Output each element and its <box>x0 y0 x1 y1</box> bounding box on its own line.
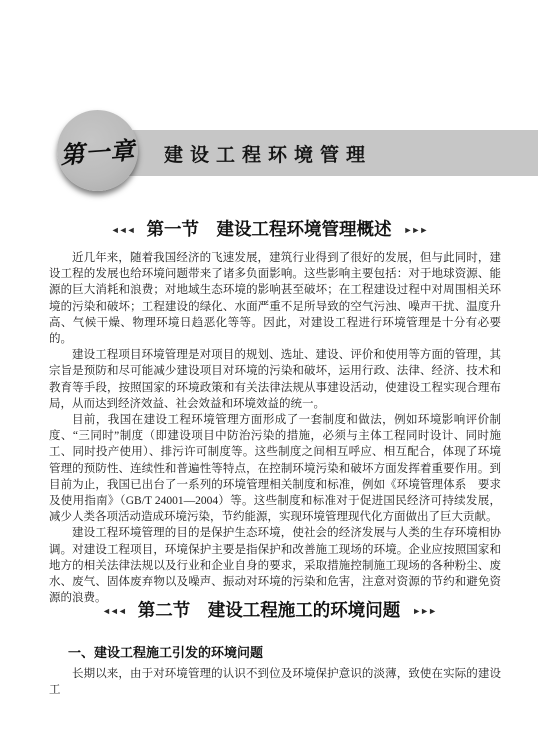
triple-arrow-left-icon: ◄◄◄ <box>102 606 126 616</box>
triple-arrow-right-icon: ►►► <box>404 225 428 235</box>
chapter-title: 建设工程环境管理 <box>164 140 372 167</box>
chapter-number-badge: 第一章 <box>57 110 138 191</box>
paragraph: 长期以来，由于对环境管理的认识不到位及环境保护意识的淡薄，致使在实际的建设工 <box>49 666 501 698</box>
paragraph: 目前，我国在建设工程环境管理方面形成了一套制度和做法，例如环境影响评价制度、“三… <box>49 412 501 525</box>
section-heading-2-text: 第二节 建设工程施工的环境问题 <box>138 600 401 620</box>
paragraph: 建设工程项目环境管理是对项目的规划、选址、建设、评价和使用等方面的管理，其宗旨是… <box>49 347 501 412</box>
triple-arrow-right-icon: ►►► <box>412 606 436 616</box>
chapter-banner-bar: 建设工程环境管理 <box>114 130 538 176</box>
book-page: 建设工程环境管理 第一章 ◄◄◄第一节 建设工程环境管理概述►►► 近几年来，随… <box>0 0 538 750</box>
body-text-block: 近几年来，随着我国经济的飞速发展，建筑行业得到了很好的发展，但与此同时，建设工程… <box>49 250 501 606</box>
section-heading-1: ◄◄◄第一节 建设工程环境管理概述►►► <box>0 216 538 241</box>
section-heading-2: ◄◄◄第二节 建设工程施工的环境问题►►► <box>0 597 538 622</box>
paragraph: 近几年来，随着我国经济的飞速发展，建筑行业得到了很好的发展，但与此同时，建设工程… <box>49 250 501 347</box>
trailing-text-block: 长期以来，由于对环境管理的认识不到位及环境保护意识的淡薄，致使在实际的建设工 <box>49 666 501 698</box>
paragraph: 建设工程环境管理的目的是保护生态环境，使社会的经济发展与人类的生存环境相协调。对… <box>49 525 501 606</box>
section-heading-1-text: 第一节 建设工程环境管理概述 <box>147 219 392 239</box>
triple-arrow-left-icon: ◄◄◄ <box>111 225 135 235</box>
chapter-number-label: 第一章 <box>59 130 136 170</box>
subsection-title: 一、建设工程施工引发的环境问题 <box>68 642 263 661</box>
